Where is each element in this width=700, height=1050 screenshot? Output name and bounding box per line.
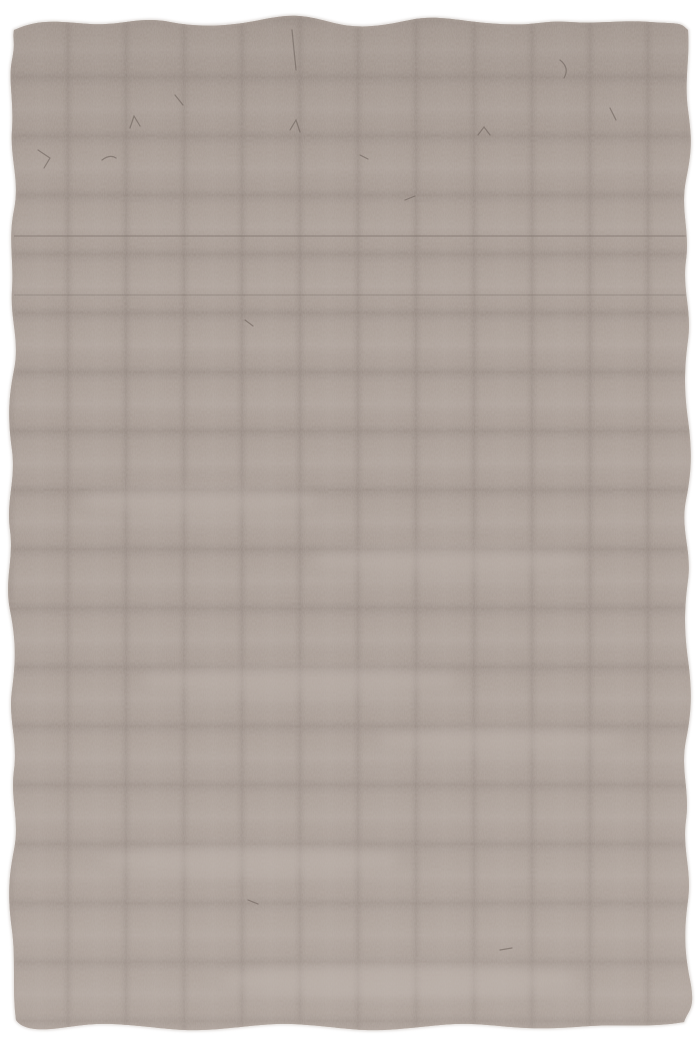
product-photo (0, 0, 700, 1050)
rug-body (0, 0, 700, 1050)
rug-image (0, 0, 700, 1050)
